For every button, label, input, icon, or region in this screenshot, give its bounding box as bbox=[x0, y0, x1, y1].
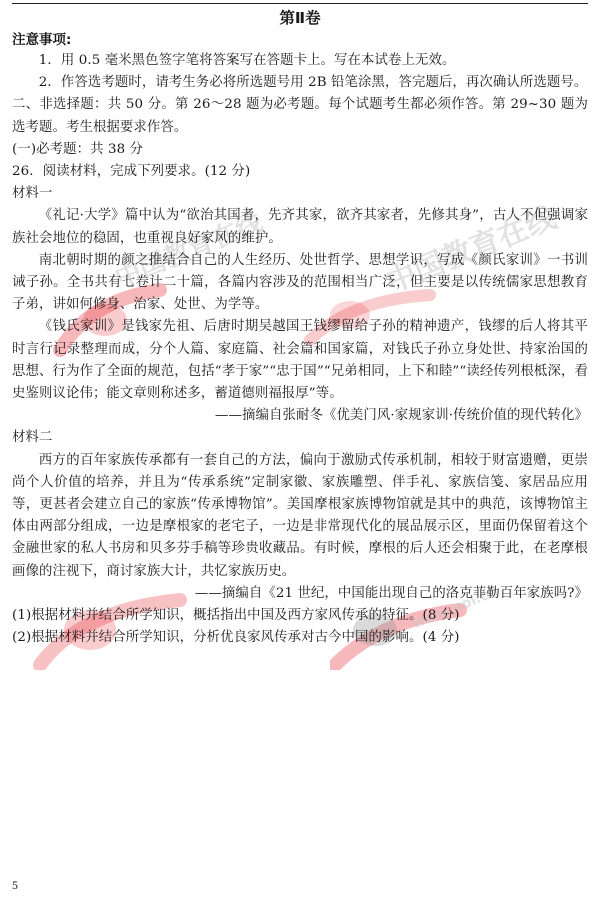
notice-item-2: 2．作答选考题时，请考生务必将所选题号用 2B 铅笔涂黑，答完题后，再次确认所选… bbox=[12, 72, 588, 94]
material-one-paragraph-2: 南北朝时期的颜之推结合自己的人生经历、处世哲学、思想学识，写成《颜氏家训》一书训… bbox=[12, 250, 588, 317]
material-one-label: 材料一 bbox=[12, 183, 588, 205]
material-one-paragraph-3: 《钱氏家训》是钱家先祖、后唐时期吴越国王钱缪留给子孙的精神遗产，钱缪的后人将其平… bbox=[12, 316, 588, 405]
page-title: 第Ⅱ卷 bbox=[12, 6, 588, 30]
section-intro: 二、非选择题：共 50 分。第 26～28 题为必考题。每个试题考生都必须作答。… bbox=[12, 94, 588, 138]
question-heading: 26．阅读材料，完成下列要求。(12 分) bbox=[12, 161, 588, 183]
material-one-source: ——摘编自张耐冬《优美门风·家规家训·传统价值的现代转化》 bbox=[12, 405, 588, 427]
page-number: 5 bbox=[12, 878, 18, 893]
material-two-paragraph-1: 西方的百年家族传承都有一套自己的方法，偏向于激励式传承机制，相较于财富遗赠，更崇… bbox=[12, 450, 588, 583]
question-1: (1)根据材料并结合所学知识，概括指出中国及西方家风传承的特征。(8 分) bbox=[12, 605, 588, 627]
notice-item-1: 1．用 0.5 毫米黑色签字笔将答案写在答题卡上。写在本试卷上无效。 bbox=[12, 50, 588, 72]
top-rule bbox=[12, 3, 588, 4]
notice-heading: 注意事项: bbox=[12, 30, 588, 50]
required-heading: (一)必考题：共 38 分 bbox=[12, 139, 588, 161]
material-two-label: 材料二 bbox=[12, 427, 588, 449]
material-two-source: ——摘编自《21 世纪，中国能出现自己的洛克菲勒百年家族吗?》 bbox=[12, 583, 588, 605]
material-one-paragraph-1: 《礼记·大学》篇中认为“欲治其国者，先齐其家，欲齐其家者，先修其身”，古人不但强… bbox=[12, 205, 588, 249]
question-2: (2)根据材料并结合所学知识，分析优良家风传承对古今中国的影响。(4 分) bbox=[12, 627, 588, 649]
exam-page: 第Ⅱ卷 注意事项: 1．用 0.5 毫米黑色签字笔将答案写在答题卡上。写在本试卷… bbox=[12, 6, 588, 649]
